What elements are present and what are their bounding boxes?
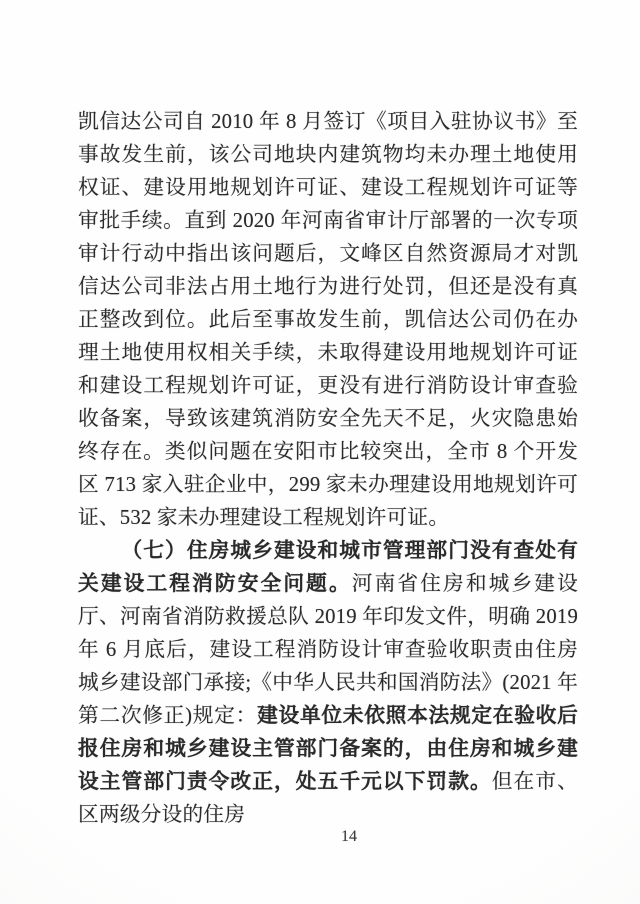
paragraph-land-permit-issues: 凯信达公司自 2010 年 8 月签订《项目入驻协议书》至事故发生前，该公司地块… xyxy=(78,106,578,535)
page-footer: 14 xyxy=(0,828,640,846)
document-page: 凯信达公司自 2010 年 8 月签订《项目入驻协议书》至事故发生前，该公司地块… xyxy=(0,0,640,904)
page-number: 14 xyxy=(341,828,357,845)
paragraph-section-seven: （七）住房城乡建设和城市管理部门没有查处有关建设工程消防安全问题。河南省住房和城… xyxy=(78,535,578,832)
paragraph-text: 河南省住房和城乡建设厅、河南省消防救援总队 2019 年印发文件，明确 2019… xyxy=(78,573,578,727)
paragraph-text: 凯信达公司自 2010 年 8 月签订《项目入驻协议书》至事故发生前，该公司地块… xyxy=(78,111,578,529)
page-body: 凯信达公司自 2010 年 8 月签订《项目入驻协议书》至事故发生前，该公司地块… xyxy=(78,106,578,832)
